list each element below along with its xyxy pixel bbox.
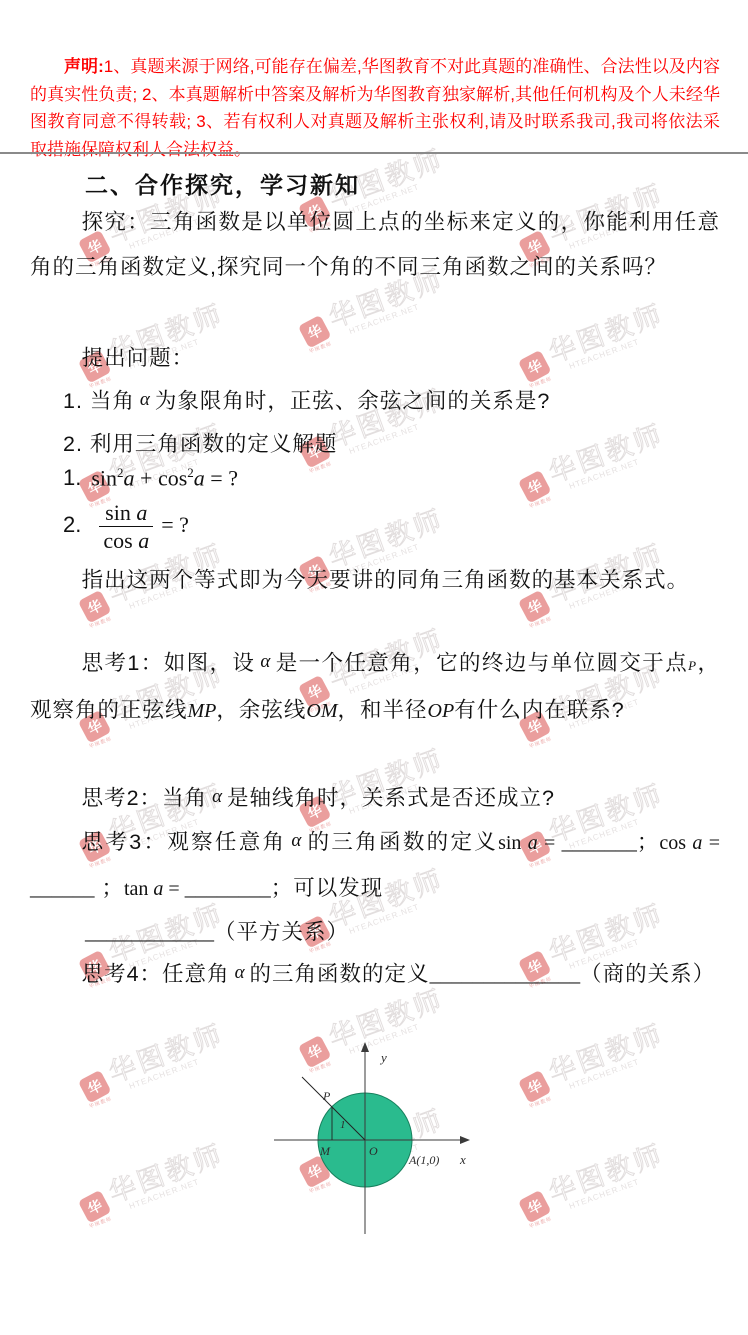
fraction: sin acos a bbox=[99, 500, 153, 554]
point-a-label: A(1,0) bbox=[408, 1153, 439, 1167]
blank-line: ____________ bbox=[85, 920, 214, 944]
equals-question: = ? bbox=[161, 512, 189, 537]
plus-sign: + bbox=[135, 465, 158, 490]
x-axis-arrow-icon bbox=[460, 1136, 470, 1144]
x-axis-label: x bbox=[459, 1152, 466, 1167]
segment-om: OM bbox=[306, 700, 337, 722]
semicolon: ；可以发现 bbox=[271, 876, 384, 900]
t1-post: 有什么内在联系? bbox=[454, 698, 624, 722]
disclaimer-text: 1、真题来源于网络,可能存在偏差,华图教育不对此真题的准确性、合法性以及内容的真… bbox=[30, 57, 720, 159]
radius-length-label: 1 bbox=[340, 1119, 346, 1131]
disclaimer-paragraph: 声明:1、真题来源于网络,可能存在偏差,华图教育不对此真题的准确性、合法性以及内… bbox=[30, 53, 720, 163]
alpha-symbol: α bbox=[235, 962, 245, 983]
tiwen-line: 提出问题： bbox=[30, 336, 720, 381]
question-2-line: 2. 利用三角函数的定义解题 bbox=[30, 422, 720, 467]
alpha-symbol: α bbox=[140, 389, 150, 410]
horizontal-divider bbox=[0, 152, 748, 154]
alpha-symbol: α bbox=[212, 786, 222, 807]
blank-line: ______________ bbox=[430, 962, 581, 986]
formula-sin2-cos2: 1.sin2a + cos2a = ? bbox=[63, 465, 238, 491]
t2-post: 是轴线角时，关系式是否还成立? bbox=[227, 786, 555, 810]
t1-pre: 思考1：如图，设 bbox=[82, 651, 256, 675]
point-p-label: P bbox=[322, 1089, 331, 1103]
equals: = bbox=[163, 878, 184, 900]
segment-mp: MP bbox=[188, 700, 217, 722]
semicolon: ； bbox=[637, 830, 660, 854]
formula-1-number: 1. bbox=[63, 465, 81, 490]
t4-mid: 的三角函数的定义 bbox=[250, 962, 430, 986]
var-a: a bbox=[136, 500, 147, 525]
equals-question: = ? bbox=[205, 465, 238, 490]
t4-post: （商的关系） bbox=[580, 962, 715, 986]
alpha-symbol: α bbox=[260, 651, 270, 672]
zhichu-paragraph: 指出这两个等式即为今天要讲的同角三角函数的基本关系式。 bbox=[30, 558, 720, 603]
semicolon: ； bbox=[95, 876, 124, 900]
point-m-label: M bbox=[319, 1144, 331, 1158]
sin-fn: sin bbox=[91, 465, 117, 490]
var-a: a bbox=[138, 528, 149, 553]
explore-paragraph: 探究：三角函数是以单位圆上点的坐标来定义的，你能利用任意角的三角函数定义,探究同… bbox=[30, 200, 720, 290]
alpha-symbol: α bbox=[291, 830, 301, 851]
var-a: a bbox=[124, 465, 135, 490]
equals: = bbox=[538, 832, 562, 854]
sin-fn: sin bbox=[105, 500, 136, 525]
square-relation-line: ____________（平方关系） bbox=[30, 910, 720, 955]
disclaimer-label: 声明: bbox=[64, 57, 104, 76]
think1-paragraph: 思考1：如图，设α是一个任意角，它的终边与单位圆交于点P，观察角的正弦线MP，余… bbox=[30, 641, 720, 734]
var-a: a bbox=[153, 878, 163, 900]
blank-line: ______ bbox=[30, 876, 95, 900]
point-p-label: P bbox=[688, 658, 697, 673]
t4-pre: 思考4：任意角 bbox=[82, 962, 230, 986]
formula-2-number: 2. bbox=[63, 512, 81, 537]
t1-mid3: ，余弦线 bbox=[216, 698, 306, 722]
origin-label: O bbox=[369, 1144, 378, 1158]
var-a: a bbox=[194, 465, 205, 490]
segment-op: OP bbox=[428, 700, 455, 722]
t2-pre: 思考2：当角 bbox=[82, 786, 207, 810]
square-relation-label: （平方关系） bbox=[214, 920, 349, 944]
cos-fn: cos bbox=[103, 528, 138, 553]
cos-fn: cos bbox=[659, 832, 692, 854]
unit-circle-diagram: y x O M P 1 A(1,0) bbox=[266, 1040, 480, 1240]
cos-fn: cos bbox=[158, 465, 187, 490]
t3-mid: 的三角函数的定义 bbox=[306, 830, 498, 854]
equals: = bbox=[702, 832, 720, 854]
question-1-line: 1. 当角α为象限角时，正弦、余弦之间的关系是? bbox=[30, 379, 720, 425]
formula-sin-over-cos: 2.sin acos a= ? bbox=[63, 500, 189, 554]
blank-line: ________ bbox=[185, 876, 271, 900]
think2-paragraph: 思考2：当角α是轴线角时，关系式是否还成立? bbox=[30, 776, 720, 822]
sin-fn: sin bbox=[498, 832, 528, 854]
q1-post: 为象限角时，正弦、余弦之间的关系是? bbox=[155, 389, 550, 413]
document-page: 声明:1、真题来源于网络,可能存在偏差,华图教育不对此真题的准确性、合法性以及内… bbox=[0, 0, 748, 1335]
think3-paragraph: 思考3：观察任意角α的三角函数的定义sin a = _______；cos a … bbox=[30, 820, 720, 912]
tan-fn: tan bbox=[124, 878, 153, 900]
t1-mid1: 是一个任意角，它的终边与单位圆交于点 bbox=[275, 651, 688, 675]
q1-pre: 1. 当角 bbox=[63, 389, 135, 413]
y-axis-arrow-icon bbox=[361, 1042, 369, 1052]
t3-pre: 思考3：观察任意角 bbox=[82, 830, 287, 854]
t1-mid4: ，和半径 bbox=[338, 698, 428, 722]
y-axis-label: y bbox=[379, 1050, 387, 1065]
think4-paragraph: 思考4：任意角α的三角函数的定义______________（商的关系） bbox=[30, 952, 720, 998]
var-a: a bbox=[528, 832, 538, 854]
blank-line: _______ bbox=[562, 830, 637, 854]
var-a: a bbox=[692, 832, 702, 854]
